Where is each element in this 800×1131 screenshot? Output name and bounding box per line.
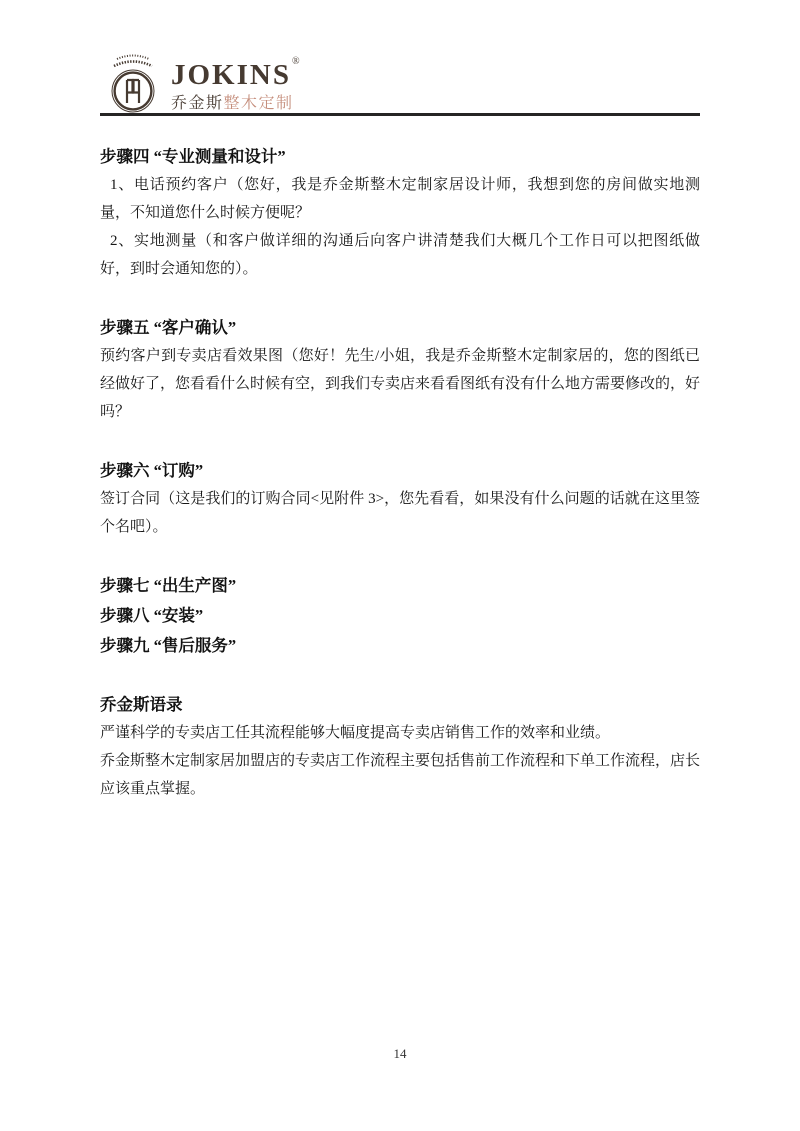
section-heading: 步骤五 “客户确认” <box>100 314 700 342</box>
paragraph: 1、电话预约客户（您好，我是乔金斯整木定制家居设计师，我想到您的房间做实地测量，… <box>100 171 700 227</box>
section-step-6: 步骤六 “订购” 签订合同（这是我们的订购合同<见附件 3>，您先看看，如果没有… <box>100 457 700 541</box>
brand-name: JOKINS <box>171 61 291 90</box>
section-quotes: 乔金斯语录 严谨科学的专卖店工任其流程能够大幅度提高专卖店销售工作的效率和业绩。… <box>100 691 700 803</box>
paragraph: 2、实地测量（和客户做详细的沟通后向客户讲清楚我们大概几个工作日可以把图纸做好，… <box>100 227 700 283</box>
logo-text: JOKINS ® 乔金斯整木定制 <box>171 61 300 114</box>
document-page: JOKINS ® 乔金斯整木定制 步骤四 “专业测量和设计” 1、电话预约客户（… <box>0 0 800 1131</box>
section-heading: 步骤八 “安装” <box>100 602 700 630</box>
section-heading: 步骤七 “出生产图” <box>100 572 700 600</box>
section-step-9: 步骤九 “售后服务” <box>100 632 700 660</box>
logo-laurel-ornament <box>114 56 152 67</box>
logo-monogram-icon <box>109 50 157 114</box>
section-step-4: 步骤四 “专业测量和设计” 1、电话预约客户（您好，我是乔金斯整木定制家居设计师… <box>100 143 700 283</box>
brand-name-cn: 乔金斯 <box>171 95 224 112</box>
brand-subtitle: 乔金斯整木定制 <box>171 94 300 113</box>
paragraph: 签订合同（这是我们的订购合同<见附件 3>，您先看看，如果没有什么问题的话就在这… <box>100 485 700 541</box>
section-heading: 步骤四 “专业测量和设计” <box>100 143 700 171</box>
section-heading: 乔金斯语录 <box>100 691 700 719</box>
section-step-5: 步骤五 “客户确认” 预约客户到专卖店看效果图（您好！先生/小姐，我是乔金斯整木… <box>100 314 700 426</box>
section-heading: 步骤九 “售后服务” <box>100 632 700 660</box>
registered-trademark-icon: ® <box>292 57 300 67</box>
document-content: 步骤四 “专业测量和设计” 1、电话预约客户（您好，我是乔金斯整木定制家居设计师… <box>100 143 700 803</box>
brand-logo: JOKINS ® 乔金斯整木定制 <box>109 50 300 114</box>
paragraph: 严谨科学的专卖店工任其流程能够大幅度提高专卖店销售工作的效率和业绩。 <box>100 719 700 747</box>
section-heading: 步骤六 “订购” <box>100 457 700 485</box>
brand-tagline-cn: 整木定制 <box>224 95 294 112</box>
paragraph: 乔金斯整木定制家居加盟店的专卖店工作流程主要包括售前工作流程和下单工作流程，店长… <box>100 747 700 803</box>
section-step-7: 步骤七 “出生产图” <box>100 572 700 600</box>
header-divider <box>100 113 700 116</box>
paragraph: 预约客户到专卖店看效果图（您好！先生/小姐，我是乔金斯整木定制家居的，您的图纸已… <box>100 342 700 426</box>
page-number: 14 <box>0 1046 800 1062</box>
section-step-8: 步骤八 “安装” <box>100 602 700 630</box>
